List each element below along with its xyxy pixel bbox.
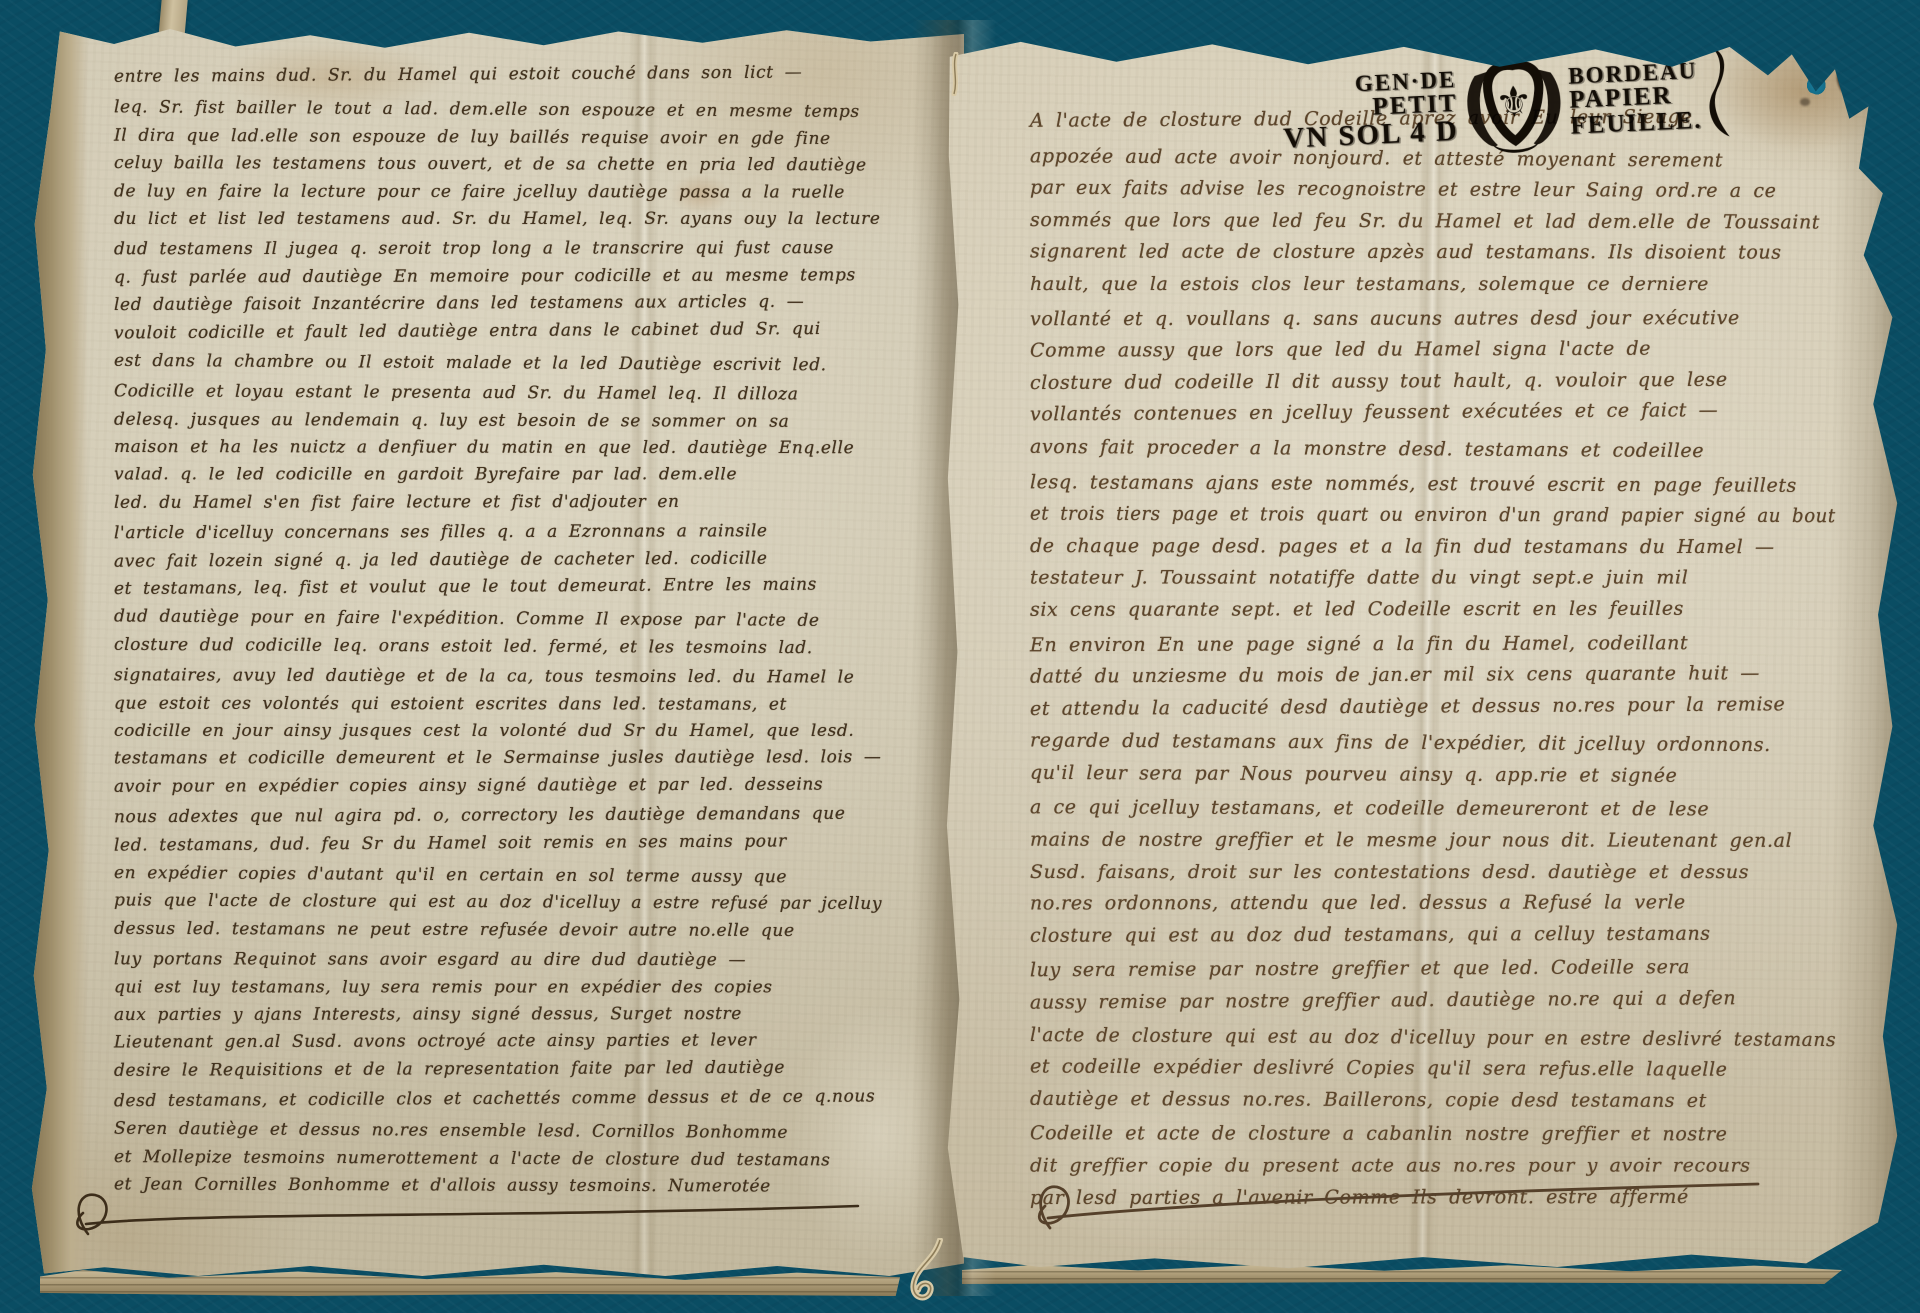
manuscript-line: testateur J. Toussaint notatiffe datte d… (1030, 562, 1836, 595)
manuscript-line: Susd. faisans, droit sur les contestatio… (1030, 856, 1836, 889)
manuscript-line: six cens quarante sept. et led Codeille … (1030, 592, 1836, 626)
manuscript-line: signarent led acte de closture apzès aud… (1030, 236, 1836, 270)
manuscript-line: avons fait proceder a la monstre desd. t… (1030, 431, 1836, 469)
manuscript-line: du lict et list led testamens aud. Sr. d… (114, 205, 934, 233)
left-page-text: entre les mains dud. Sr. du Hamel qui es… (114, 64, 934, 1200)
manuscript-line: codicille en jour ainsy jusques cest la … (114, 717, 934, 745)
manuscript-line: qu'il leur sera par Nous pourveu ainsy q… (1030, 757, 1836, 793)
binding-thread (900, 1238, 964, 1313)
manuscript-line: desd testamans, et codicille clos et cac… (114, 1082, 934, 1116)
manuscript-line: Comme aussy que lors que led du Hamel si… (1030, 332, 1836, 367)
manuscript-line: lesq. testamans ajans este nommés, est t… (1030, 466, 1836, 502)
manuscript-line: testamans et codicille demeurent et le S… (114, 743, 934, 773)
manuscript-line: celuy bailla les testamens tous ouvert, … (114, 149, 934, 180)
manuscript-line: closture dud codicille leq. orans estoit… (114, 631, 934, 663)
manuscript-line: led. du Hamel s'en fist faire lecture et… (114, 487, 934, 517)
page-stack-edge (962, 1264, 1842, 1284)
manuscript-line: et attendu la caducité desd dautiège et … (1030, 688, 1836, 726)
paraph-flourish (68, 1184, 874, 1242)
manuscript-line: et trois tiers page et trois quart ou en… (1030, 498, 1798, 533)
manuscript-photo: entre les mains dud. Sr. du Hamel qui es… (0, 0, 1920, 1313)
manuscript-line: dautiège et dessus no.res. Baillerons, c… (1030, 1083, 1836, 1118)
manuscript-line: dessus led. testamans ne peut estre refu… (114, 915, 934, 946)
manuscript-line: par eux faits advise les recognoistre et… (1030, 172, 1836, 208)
manuscript-line: delesq. jusques au lendemain q. luy est … (114, 405, 934, 436)
binding-thread (946, 52, 966, 101)
manuscript-line: mains de nostre greffier et le mesme jou… (1030, 824, 1836, 858)
manuscript-line: qui est luy testamans, luy sera remis po… (114, 973, 934, 1001)
manuscript-line: est dans la chambre ou Il estoit malade … (114, 347, 934, 381)
manuscript-line: sommés que lors que led feu Sr. du Hamel… (1030, 204, 1836, 239)
ink-smudge (1835, 71, 1849, 94)
manuscript-line: maison et ha les nuictz a denfiuer du ma… (114, 433, 934, 463)
manuscript-line: hault, que la estois clos leur testamans… (1030, 268, 1836, 301)
manuscript-line: no.res ordonnons, attendu que led. dessu… (1030, 886, 1836, 920)
left-page: entre les mains dud. Sr. du Hamel qui es… (30, 24, 964, 1276)
right-page-text: A l'acte de closture dud Codeille aprez … (1030, 106, 1836, 1214)
manuscript-line: Lieutenant gen.al Susd. avons octroyé ac… (114, 1026, 934, 1057)
manuscript-line: vollantés contenues en jcelluy feussent … (1030, 394, 1836, 432)
manuscript-line: de luy en faire la lecture pour ce faire… (114, 177, 934, 207)
manuscript-line: valad. q. le led codicille en gardoit By… (114, 461, 934, 489)
manuscript-line: vollanté et q. voullans q. sans aucuns a… (1030, 301, 1836, 335)
manuscript-line: aux parties y ajans Interests, ainsy sig… (114, 1000, 934, 1030)
tax-stamp-right-text: BORDEAU PAPIER FEUILLE. (1568, 59, 1703, 139)
stamp-flourish-icon (1703, 44, 1738, 146)
manuscript-line: entre les mains dud. Sr. du Hamel qui es… (114, 58, 934, 92)
manuscript-line: a ce qui jcelluy testamans, et codeille … (1030, 792, 1836, 827)
right-page: GEN·DE PETIT VN SOL 4 D ⚜ (944, 32, 1902, 1272)
manuscript-line: signataires, avuy led dautiège et de la … (114, 661, 934, 692)
manuscript-line: led. testamans, dud. feu Sr du Hamel soi… (114, 826, 934, 860)
manuscript-line: et testamans, leq. fist et voulut que le… (114, 570, 934, 604)
tax-stamp-left-text: GEN·DE PETIT VN SOL 4 D (1280, 68, 1459, 154)
ink-smudge (1824, 56, 1840, 66)
manuscript-line: vouloit codicille et fault led dautiège … (114, 314, 934, 348)
manuscript-line: puis que l'acte de closture qui est au d… (114, 887, 934, 919)
ink-smudge (1800, 98, 1810, 106)
manuscript-line: Codeille et acte de closture a cabanlin … (1030, 1118, 1836, 1152)
manuscript-line: closture qui est au doz dud testamans, q… (1030, 917, 1836, 952)
manuscript-line: l'article d'icelluy concernans ses fille… (114, 517, 934, 548)
tax-stamp: GEN·DE PETIT VN SOL 4 D ⚜ (1280, 36, 1715, 173)
manuscript-line: dud testamens Il jugea q. seroit trop lo… (114, 234, 934, 264)
manuscript-line: et codeille expédier deslivré Copies qu'… (1030, 1051, 1836, 1087)
manuscript-line: que estoit ces volontés qui estoient esc… (114, 689, 934, 719)
manuscript-line: En environ En une page signé a la fin du… (1030, 626, 1836, 661)
manuscript-line: desire le Requisitions et de la represen… (114, 1053, 934, 1085)
fleur-de-lis-shield-icon: ⚜ (1459, 41, 1568, 167)
paraph-flourish (1028, 1170, 1768, 1236)
torn-hole (1804, 75, 1828, 97)
manuscript-line: luy portans Requinot sans avoir esgard a… (114, 945, 934, 975)
manuscript-line: Codicille et loyau estant le presenta au… (114, 377, 934, 409)
manuscript-line: aussy remise par nostre greffier aud. da… (1030, 982, 1836, 1020)
manuscript-line: avoir pour en expédier copies ainsy sign… (114, 770, 934, 801)
manuscript-line: de chaque page desd. pages et a la fin d… (1030, 530, 1836, 564)
svg-text:⚜: ⚜ (1493, 76, 1533, 127)
page-stack-edge (40, 1270, 900, 1296)
